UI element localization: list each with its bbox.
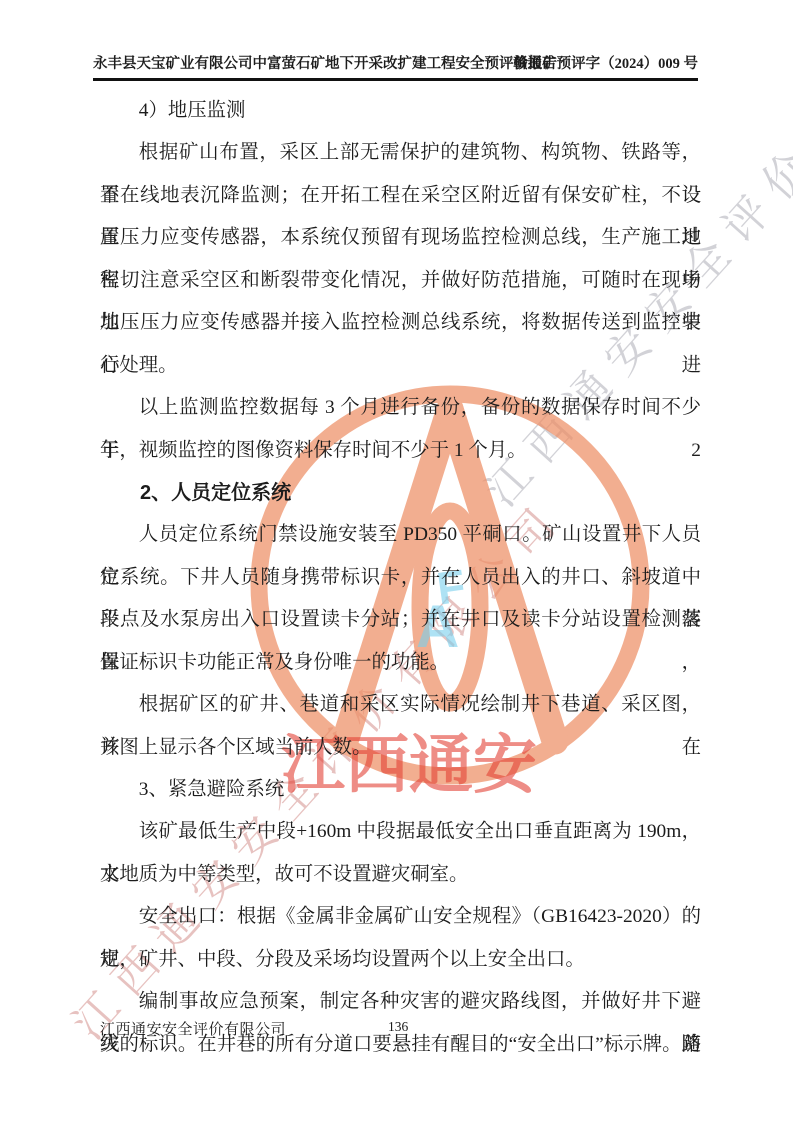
body-line: 地压压力应变传感器并接入监控检测总线系统，将数据传送到监控中心进 bbox=[100, 302, 701, 344]
body-line: 位系统。下井人员随身携带标识卡，并在人员出入的井口、斜坡道中段落 bbox=[100, 557, 701, 599]
body-line: 人员定位系统门禁设施安装至 PD350 平硐口。矿山设置井下人员定 bbox=[100, 514, 701, 556]
body-line: 该矿最低生产中段+160m 中段据最低安全出口垂直距离为 190m，水 bbox=[100, 811, 701, 853]
body-line: 以上监测监控数据每 3 个月进行备份，备份的数据保存时间不少于 2 bbox=[100, 387, 701, 429]
heading-line: 2、人员定位系统 bbox=[100, 472, 701, 514]
header-report-title: 永丰县天宝矿业有限公司中富萤石矿地下开采改扩建工程安全预评价报告 bbox=[93, 52, 557, 73]
body-line: 置在线地表沉降监测；在开拓工程在采空区附近留有保安矿柱，不设置地 bbox=[100, 175, 701, 217]
heading-line: 4）地压监测 bbox=[100, 90, 701, 132]
header-rule bbox=[93, 78, 698, 81]
body-line: 根据矿山布置，采区上部无需保护的建筑物、构筑物、铁路等，不设 bbox=[100, 132, 701, 174]
body-text: 4）地压监测根据矿山布置，采区上部无需保护的建筑物、构筑物、铁路等，不设置在线地… bbox=[100, 90, 701, 1066]
page-header: 永丰县天宝矿业有限公司中富萤石矿地下开采改扩建工程安全预评价报告 赣通矿预评字（… bbox=[93, 52, 698, 78]
body-line: 安全出口：根据《金属非金属矿山安全规程》（GB16423-2020）的规 bbox=[100, 896, 701, 938]
document-page: 江西通安安全评价有限公司 江西通安安全评价有限公司 F A 江西通安 永丰县天宝… bbox=[0, 0, 793, 1122]
page-footer: 江西通安安全评价有限公司 136 bbox=[100, 1018, 698, 1040]
body-line: 压压力应变传感器，本系统仅预留有现场监控检测总线，生产施工过程中 bbox=[100, 217, 701, 259]
body-line: 定，矿井、中段、分段及采场均设置两个以上安全出口。 bbox=[100, 939, 701, 981]
header-document-number: 赣通矿预评字（2024）009 号 bbox=[513, 52, 698, 73]
body-line: 密切注意采空区和断裂带变化情况，并做好防范措施，可随时在现场加装 bbox=[100, 260, 701, 302]
footer-company-name: 江西通安安全评价有限公司 bbox=[100, 1018, 286, 1039]
body-line: 平点及水泵房出入口设置读卡分站；并在井口及读卡分站设置检测装置， bbox=[100, 599, 701, 641]
body-line: 文地质为中等类型，故可不设置避灾硐室。 bbox=[100, 854, 701, 896]
page-number: 136 bbox=[388, 1019, 408, 1035]
heading-line: 3、紧急避险系统 bbox=[100, 769, 701, 811]
body-line: 根据矿区的矿井、巷道和采区实际情况绘制井下巷道、采区图，并在 bbox=[100, 684, 701, 726]
